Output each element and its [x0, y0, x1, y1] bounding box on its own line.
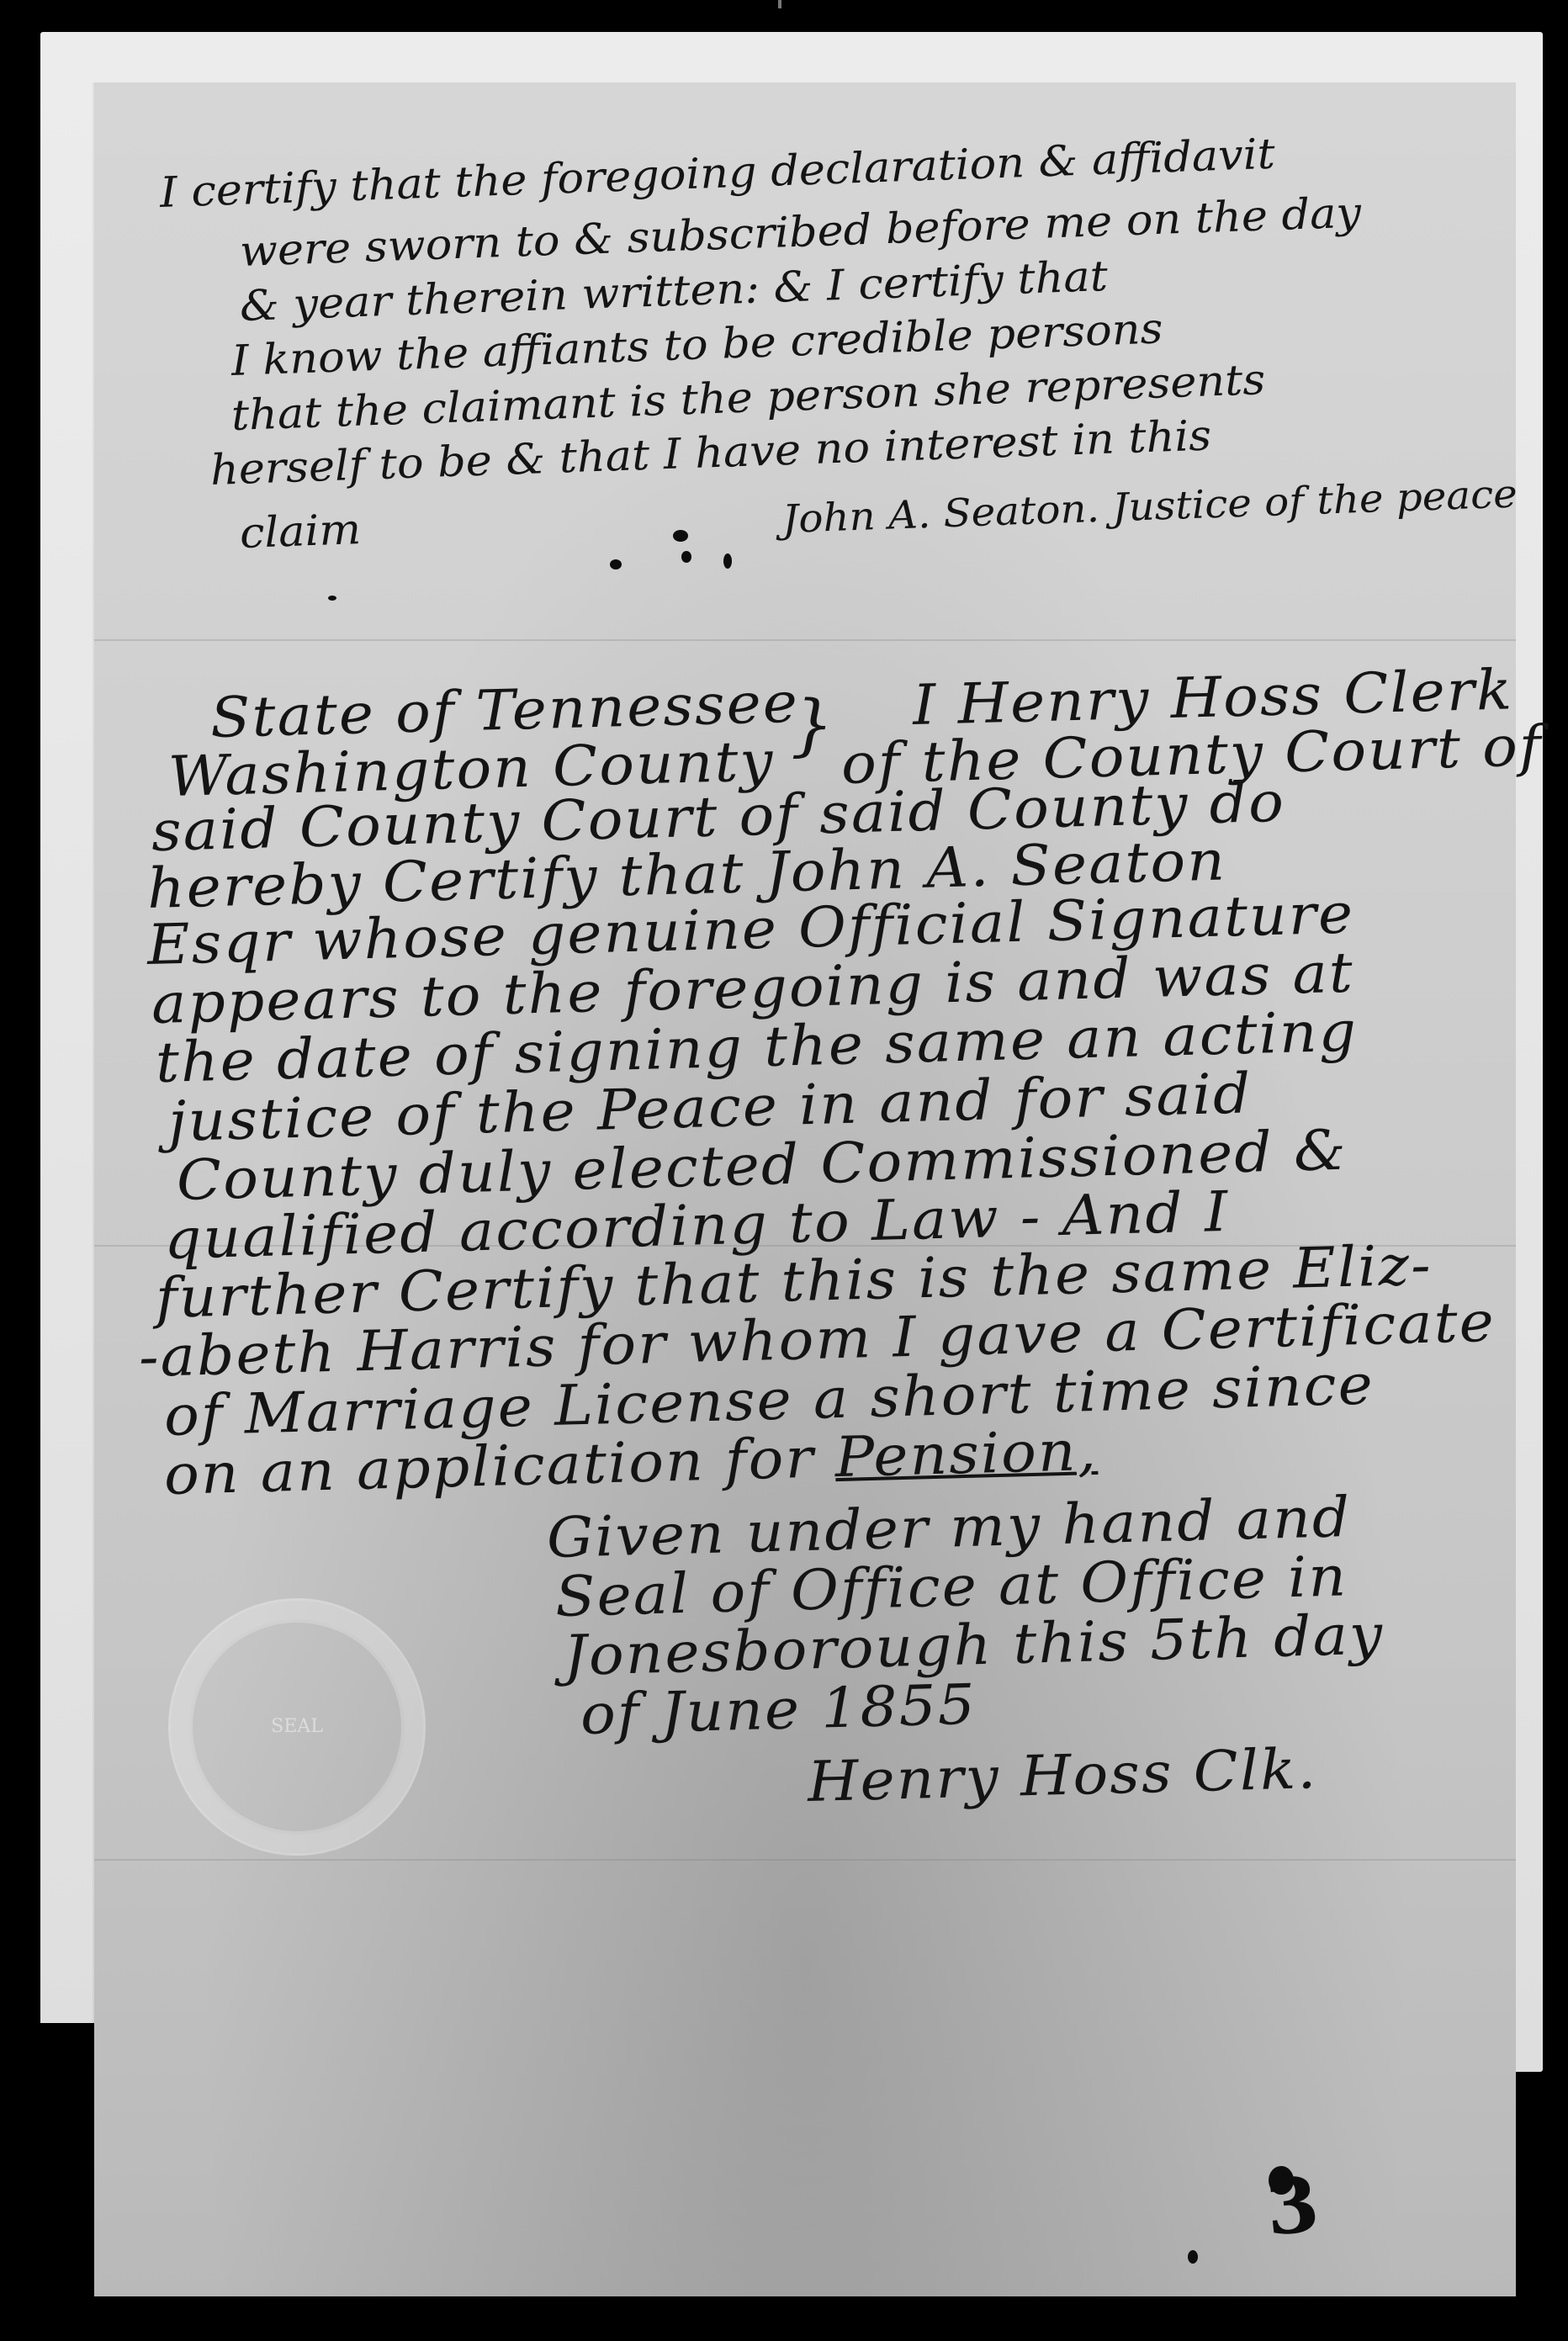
- ink-blot: [328, 596, 336, 601]
- ink-blot: [681, 551, 691, 563]
- fold-line: [94, 1859, 1516, 1861]
- ink-blot: [673, 530, 688, 542]
- justice-line-7: claim: [239, 505, 362, 558]
- clerk-signature: Henry Hoss Clk.: [807, 1736, 1318, 1814]
- ink-blot: [1188, 2250, 1198, 2264]
- caption-brace: }: [791, 686, 835, 764]
- embossed-seal: SEAL: [168, 1598, 426, 1856]
- ink-blot: [723, 553, 732, 569]
- back-page-cutout: [40, 2023, 95, 2090]
- stray-mark: [778, 0, 781, 8]
- closing-line-4: of June 1855: [580, 1672, 977, 1747]
- page-number-mark: 3: [1262, 2159, 1323, 2254]
- seal-label: SEAL: [271, 1716, 323, 1737]
- pension-word: Pension,: [834, 1418, 1099, 1490]
- fold-line: [94, 639, 1516, 641]
- ink-blot: [610, 559, 622, 569]
